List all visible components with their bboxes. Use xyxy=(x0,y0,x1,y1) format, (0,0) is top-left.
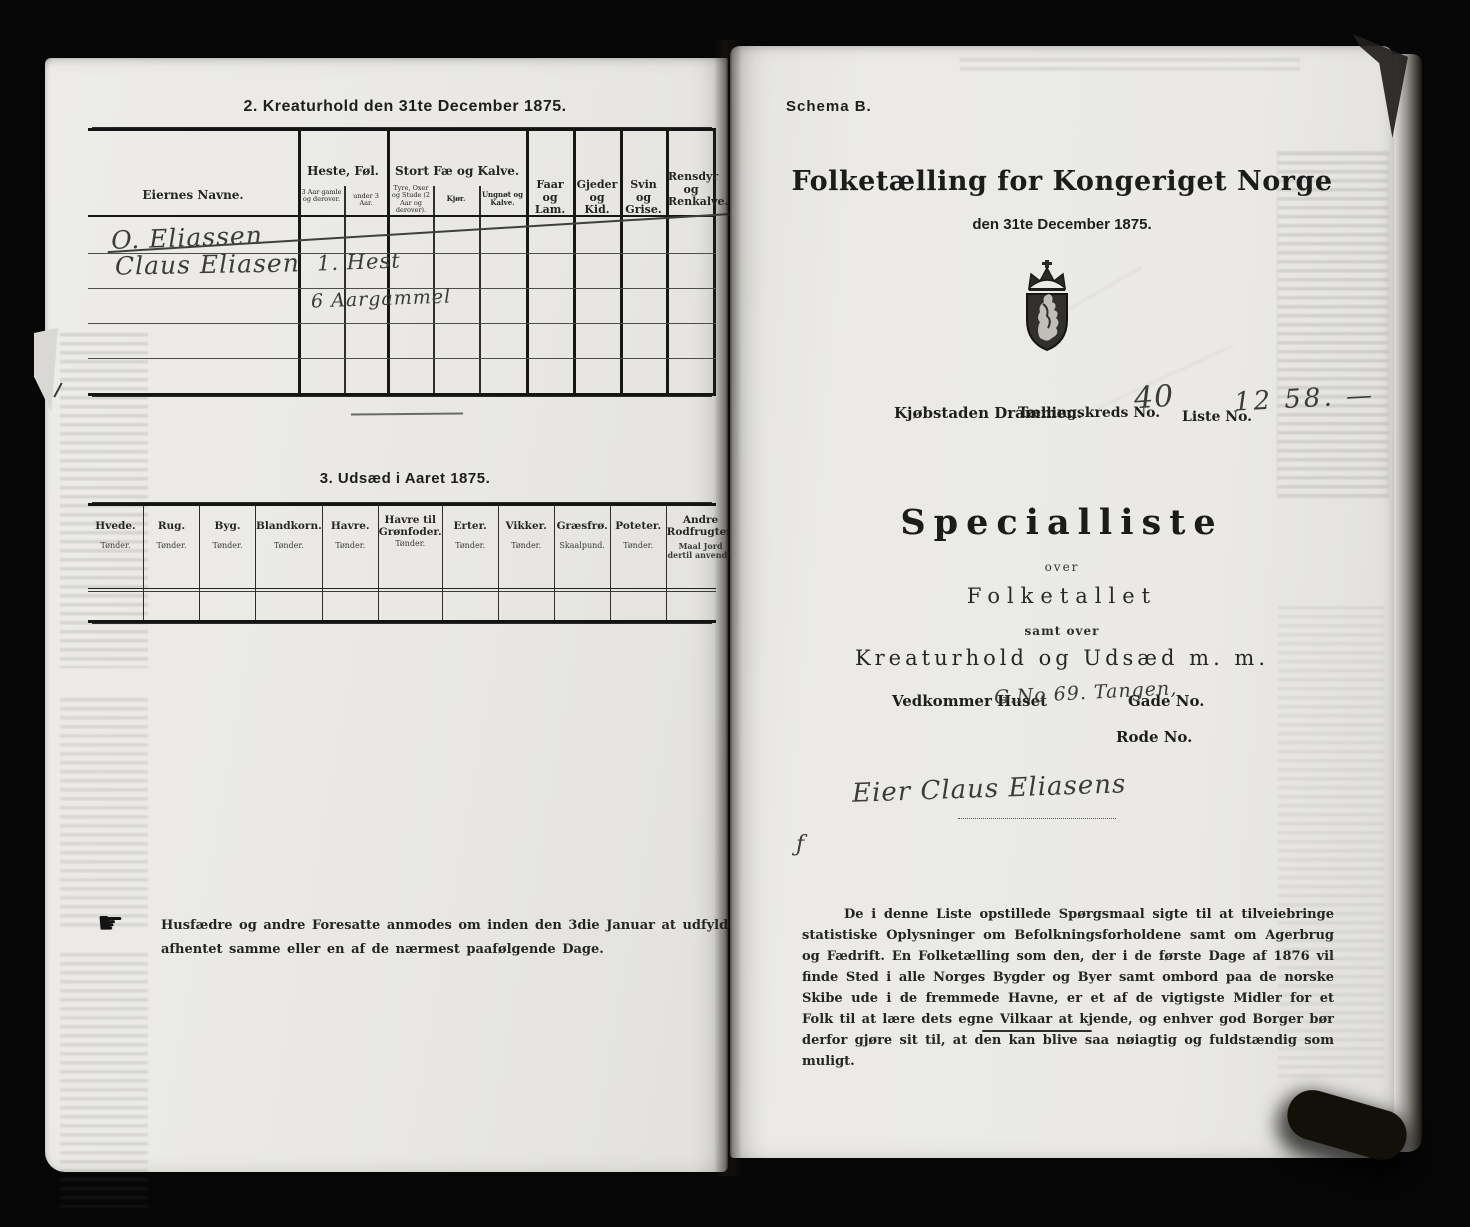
left-page: 2. Kreaturhold den 31te December 1875. E… xyxy=(45,58,728,1172)
manicule-icon: ☛ xyxy=(97,906,124,941)
udsaed-col-hvede: Hvede.Tønder. xyxy=(88,506,144,620)
census-scan-1875: { "colors": { "background": "#060606", "… xyxy=(0,0,1470,1227)
census-district-value: 40 xyxy=(1133,379,1176,417)
handwritten-owner-name: Claus Eliasen xyxy=(115,248,300,280)
udsaed-col-graesfro: Græsfrø.Skaalpund. xyxy=(555,506,611,620)
udsaed-table: Hvede.Tønder. Rug.Tønder. Byg.Tønder. Bl… xyxy=(88,503,716,623)
bleed-through-text xyxy=(960,58,1300,76)
section3-title: 3. Udsæd i Aaret 1875. xyxy=(205,470,605,487)
udsaed-col-poteter: Poteter.Tønder. xyxy=(611,506,667,620)
page-title: Folketælling for Kongeriget Norge xyxy=(772,166,1352,197)
coat-of-arms xyxy=(1016,258,1078,358)
rode-no-label: Rode No. xyxy=(1116,728,1192,746)
table-line xyxy=(88,323,716,324)
heading-samt-over: samt over xyxy=(772,624,1352,638)
bleed-through-text xyxy=(60,698,148,928)
udsaed-col-blandkorn: Blandkorn.Tønder. xyxy=(256,506,323,620)
col-rensdyr: Rensdyr og Renkalve. xyxy=(668,171,714,209)
bleed-through-table xyxy=(1278,152,1388,497)
table-line xyxy=(88,358,716,359)
col-heste-sub1: 3 Aar gamle og derover. xyxy=(300,189,343,204)
udsaed-col-havre-gronfoder: Havre til Grønfoder.Tønder. xyxy=(379,506,443,620)
col-stort-sub3: Ungnøt og Kalve. xyxy=(480,191,525,207)
end-rule xyxy=(982,1030,1092,1032)
signature-underline xyxy=(958,818,1116,819)
handwritten-horse-entry: 1. Hest xyxy=(317,249,401,276)
heading-kreaturhold: Kreaturhold og Udsæd m. m. xyxy=(772,646,1352,670)
instruction-paragraph: De i denne Liste opstillede Spørgsmaal s… xyxy=(802,904,1334,1072)
footer-note-line2: afhentet samme eller en af de nærmest pa… xyxy=(161,942,604,957)
right-page: Schema B. Folketælling for Kongeriget No… xyxy=(730,46,1394,1158)
bleed-through-text xyxy=(60,953,148,1208)
udsaed-col-vikker: Vikker.Tønder. xyxy=(499,506,555,620)
handwritten-mark: ƒ xyxy=(796,832,805,857)
section2-title: 2. Kreaturhold den 31te December 1875. xyxy=(145,98,665,116)
signature-handwritten: Eier Claus Eliasens xyxy=(852,769,1127,809)
udsaed-col-rug: Rug.Tønder. xyxy=(144,506,200,620)
book-gutter-shadow xyxy=(714,40,742,1176)
divider-line xyxy=(351,413,463,415)
udsaed-col-erter: Erter.Tønder. xyxy=(443,506,499,620)
udsaed-col-havre: Havre.Tønder. xyxy=(323,506,379,620)
col-header-owner: Eiernes Navne. xyxy=(88,189,298,203)
page-edge-stack xyxy=(1394,54,1422,1152)
schema-label: Schema B. xyxy=(786,98,872,115)
heading-over: over xyxy=(772,560,1352,574)
heading-folketallet: Folketallet xyxy=(772,584,1352,608)
col-group-stort: Stort Fæ og Kalve. xyxy=(387,165,527,179)
heading-specialliste: Specialliste xyxy=(772,502,1352,543)
col-heste-sub2: under 3 Aar. xyxy=(346,193,386,208)
table-line xyxy=(620,131,623,393)
col-stort-sub1: Tyre, Oxer og Stude (2 Aar og derover). xyxy=(389,185,433,215)
col-group-heste: Heste, Føl. xyxy=(298,165,388,179)
col-stort-sub2: Kjør. xyxy=(434,195,478,203)
udsaed-col-byg: Byg.Tønder. xyxy=(200,506,256,620)
table-line xyxy=(573,131,576,393)
gade-no-label: Gade No. xyxy=(1128,692,1204,710)
page-subtitle: den 31te December 1875. xyxy=(772,216,1352,233)
